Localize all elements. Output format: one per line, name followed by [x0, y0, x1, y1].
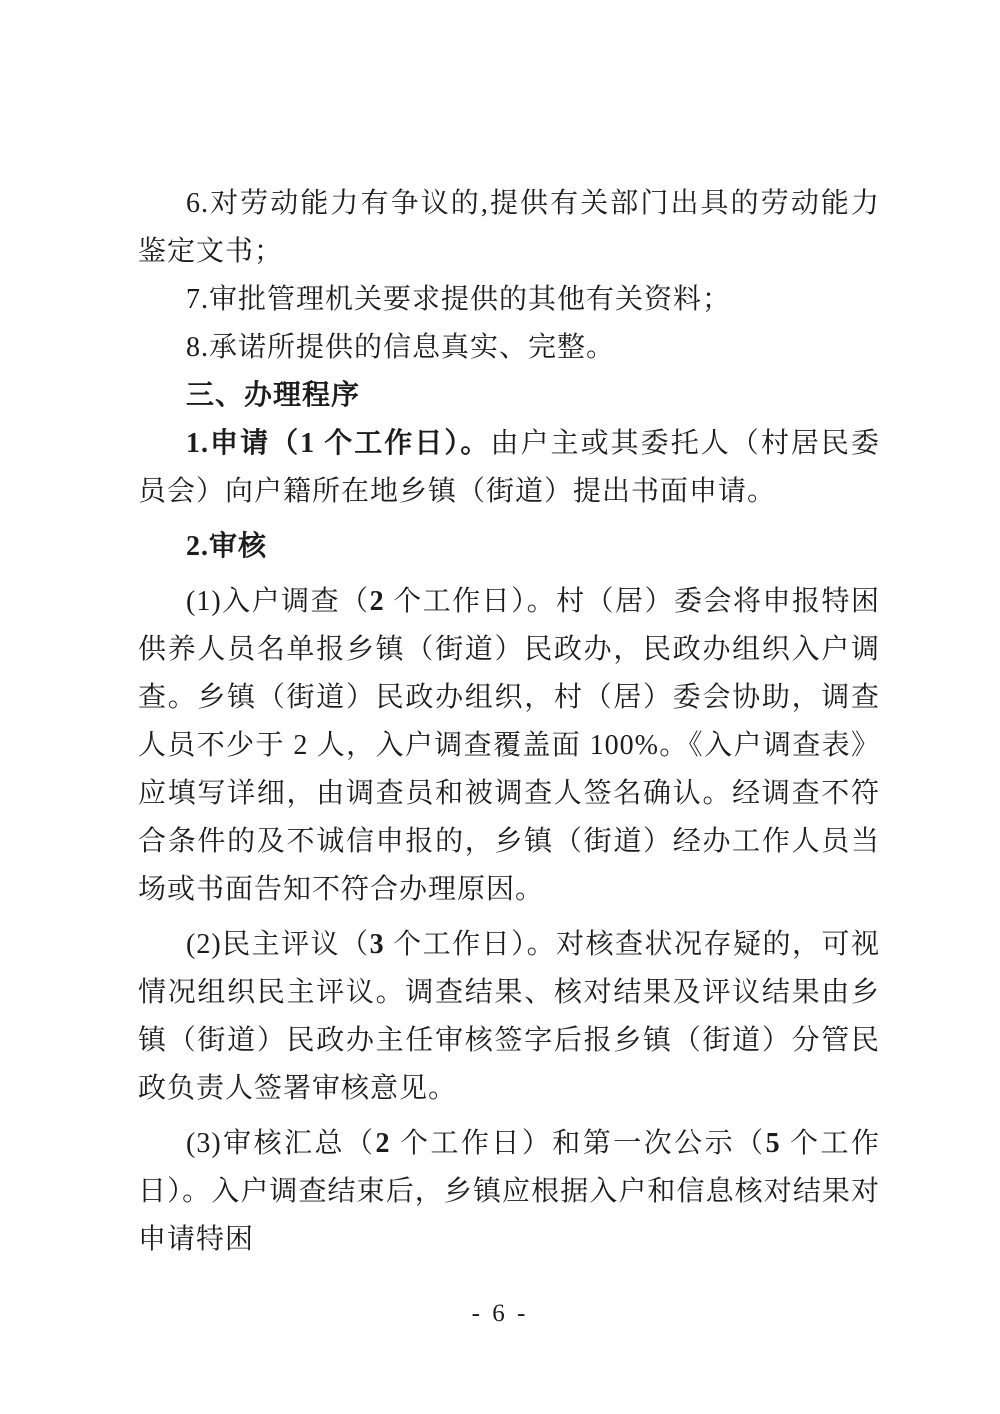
page-footer: - 6 -	[0, 1300, 1000, 1328]
list-item-7: 7.审批管理机关要求提供的其他有关资料；	[138, 276, 880, 324]
text-run: 7.审批管理机关要求提供的其他有关资料；	[186, 284, 731, 315]
bold-text-run: 1.申请（1 个工作日）。	[186, 428, 490, 459]
text-run: (3)审核汇总（	[186, 1128, 375, 1159]
list-item-6: 6.对劳动能力有争议的,提供有关部门出具的劳动能力鉴定文书；	[138, 180, 880, 276]
document-body: 6.对劳动能力有争议的,提供有关部门出具的劳动能力鉴定文书；7.审批管理机关要求…	[138, 180, 880, 1264]
bold-text-run: 三、办理程序	[186, 380, 360, 411]
bold-text-run: 2	[375, 1128, 390, 1159]
page-number: - 6 -	[472, 1300, 529, 1327]
text-run: 8.承诺所提供的信息真实、完整。	[186, 332, 615, 363]
bold-text-run: 2	[370, 586, 385, 617]
bold-text-run: 2.审核	[186, 531, 267, 562]
step-1-application: 1.申请（1 个工作日）。由户主或其委托人（村居民委员会）向户籍所在地乡镇（街道…	[138, 420, 880, 516]
section-heading-procedures: 三、办理程序	[138, 372, 880, 420]
step-2-heading-review: 2.审核	[138, 523, 880, 571]
step-2-2-democratic-appraisal: (2)民主评议（3 个工作日）。对核查状况存疑的，可视情况组织民主评议。调查结果…	[138, 921, 880, 1113]
text-run: 6.对劳动能力有争议的,提供有关部门出具的劳动能力鉴定文书；	[138, 188, 880, 267]
text-run: (1)入户调查（	[186, 586, 370, 617]
step-2-3-review-summary-publicity: (3)审核汇总（2 个工作日）和第一次公示（5 个工作日）。入户调查结束后，乡镇…	[138, 1120, 880, 1264]
step-2-1-household-survey: (1)入户调查（2 个工作日）。村（居）委会将申报特困供养人员名单报乡镇（街道）…	[138, 578, 880, 914]
bold-text-run: 3	[370, 929, 385, 960]
text-run: (2)民主评议（	[186, 929, 370, 960]
text-run: 个工作日）和第一次公示（	[390, 1128, 765, 1159]
list-item-8: 8.承诺所提供的信息真实、完整。	[138, 324, 880, 372]
text-run: 个工作日）。村（居）委会将申报特困供养人员名单报乡镇（街道）民政办，民政办组织入…	[138, 586, 880, 905]
document-page: 6.对劳动能力有争议的,提供有关部门出具的劳动能力鉴定文书；7.审批管理机关要求…	[0, 0, 1000, 1414]
bold-text-run: 5	[766, 1128, 781, 1159]
